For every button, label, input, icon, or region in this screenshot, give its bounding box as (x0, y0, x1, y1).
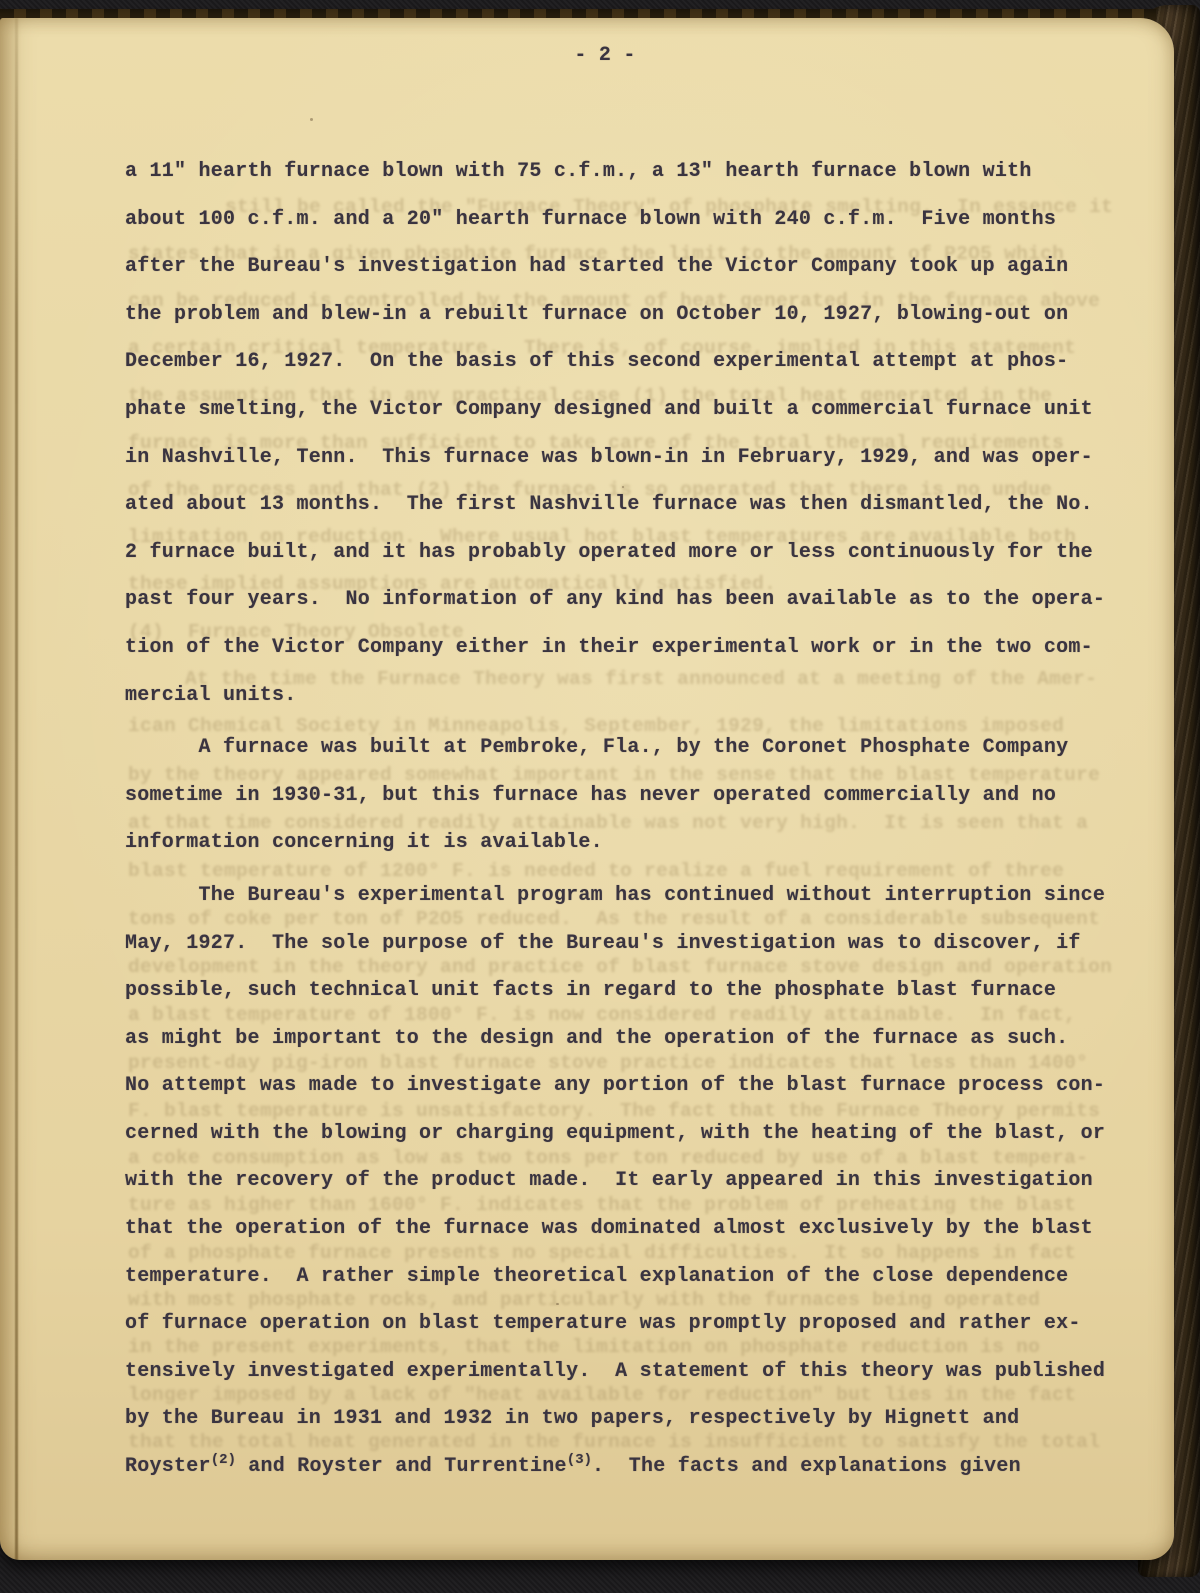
text-segment: 2 furnace built, and it has probably ope… (125, 541, 1093, 564)
paper-speck (622, 486, 624, 488)
text-line: by the Bureau in 1931 and 1932 in two pa… (125, 1395, 1135, 1443)
page-left-edge (0, 18, 22, 1560)
footnote-reference: (2) (211, 1452, 236, 1468)
paper-speck (310, 118, 313, 121)
text-line: as might be important to the design and … (125, 1015, 1135, 1063)
text-line: about 100 c.f.m. and a 20" hearth furnac… (125, 196, 1135, 244)
text-line: No attempt was made to investigate any p… (125, 1062, 1135, 1110)
text-segment: as might be important to the design and … (125, 1027, 1068, 1050)
text-segment: . The facts and explanations given (592, 1455, 1021, 1478)
text-segment: ated about 13 months. The first Nashvill… (125, 493, 1093, 516)
text-line: sometime in 1930-31, but this furnace ha… (125, 772, 1135, 820)
text-segment: tensively investigated experimentally. A… (125, 1360, 1105, 1383)
text-segment: May, 1927. The sole purpose of the Burea… (125, 932, 1081, 955)
text-line: temperature. A rather simple theoretical… (125, 1253, 1135, 1301)
text-segment: and Royster and Turrentine (236, 1455, 567, 1478)
text-segment: after the Bureau's investigation had sta… (125, 255, 1068, 278)
text-line: possible, such technical unit facts in r… (125, 967, 1135, 1015)
text-segment: tion of the Victor Company either in the… (125, 636, 1093, 659)
text-line: Royster(2) and Royster and Turrentine(3)… (125, 1443, 1135, 1491)
text-line: with the recovery of the product made. I… (125, 1157, 1135, 1205)
footnote-reference: (3) (567, 1452, 592, 1468)
text-line: ated about 13 months. The first Nashvill… (125, 481, 1135, 529)
text-segment: of furnace operation on blast temperatur… (125, 1312, 1081, 1335)
text-line: in Nashville, Tenn. This furnace was blo… (125, 434, 1135, 482)
text-segment: in Nashville, Tenn. This furnace was blo… (125, 446, 1093, 469)
text-segment: that the operation of the furnace was do… (125, 1217, 1093, 1240)
paper-speck (556, 1303, 559, 1305)
page-number: - 2 - (18, 44, 1174, 67)
text-line: that the operation of the furnace was do… (125, 1205, 1135, 1253)
text-segment: the problem and blew-in a rebuilt furnac… (125, 303, 1068, 326)
text-segment: about 100 c.f.m. and a 20" hearth furnac… (125, 208, 1056, 231)
scanned-book-photo: - 2 - still be called the "Furnace Theor… (0, 0, 1200, 1593)
text-line: The Bureau's experimental program has co… (125, 872, 1135, 920)
text-line: May, 1927. The sole purpose of the Burea… (125, 920, 1135, 968)
text-segment: mercial units. (125, 684, 297, 707)
text-segment: by the Bureau in 1931 and 1932 in two pa… (125, 1407, 1019, 1430)
text-segment: a 11" hearth furnace blown with 75 c.f.m… (125, 160, 1032, 183)
text-line: after the Bureau's investigation had sta… (125, 243, 1135, 291)
text-line: information concerning it is available. (125, 819, 1135, 867)
text-segment: December 16, 1927. On the basis of this … (125, 350, 1068, 373)
text-line: phate smelting, the Victor Company desig… (125, 386, 1135, 434)
typed-lines: a 11" hearth furnace blown with 75 c.f.m… (125, 148, 1135, 1491)
text-segment: Royster (125, 1455, 211, 1478)
text-segment: possible, such technical unit facts in r… (125, 979, 1056, 1002)
text-segment: temperature. A rather simple theoretical… (125, 1265, 1068, 1288)
page-binding-crease (15, 18, 18, 1560)
text-segment: sometime in 1930-31, but this furnace ha… (125, 784, 1056, 807)
text-line: of furnace operation on blast temperatur… (125, 1300, 1135, 1348)
text-segment: phate smelting, the Victor Company desig… (125, 398, 1093, 421)
text-line: mercial units. (125, 672, 1135, 720)
text-segment: The Bureau's experimental program has co… (125, 884, 1105, 907)
text-line: a 11" hearth furnace blown with 75 c.f.m… (125, 148, 1135, 196)
text-line: 2 furnace built, and it has probably ope… (125, 529, 1135, 577)
text-line: cerned with the blowing or charging equi… (125, 1110, 1135, 1158)
text-line: tion of the Victor Company either in the… (125, 624, 1135, 672)
text-segment: cerned with the blowing or charging equi… (125, 1122, 1105, 1145)
text-segment: information concerning it is available. (125, 831, 603, 854)
text-line: A furnace was built at Pembroke, Fla., b… (125, 724, 1135, 772)
paper-speck (206, 1034, 208, 1037)
document-page: - 2 - still be called the "Furnace Theor… (0, 18, 1174, 1560)
text-segment: A furnace was built at Pembroke, Fla., b… (125, 736, 1068, 759)
text-segment: with the recovery of the product made. I… (125, 1169, 1093, 1192)
text-line: the problem and blew-in a rebuilt furnac… (125, 291, 1135, 339)
text-segment: No attempt was made to investigate any p… (125, 1074, 1105, 1097)
text-line: tensively investigated experimentally. A… (125, 1348, 1135, 1396)
text-segment: past four years. No information of any k… (125, 588, 1105, 611)
text-line: past four years. No information of any k… (125, 576, 1135, 624)
text-line: December 16, 1927. On the basis of this … (125, 338, 1135, 386)
